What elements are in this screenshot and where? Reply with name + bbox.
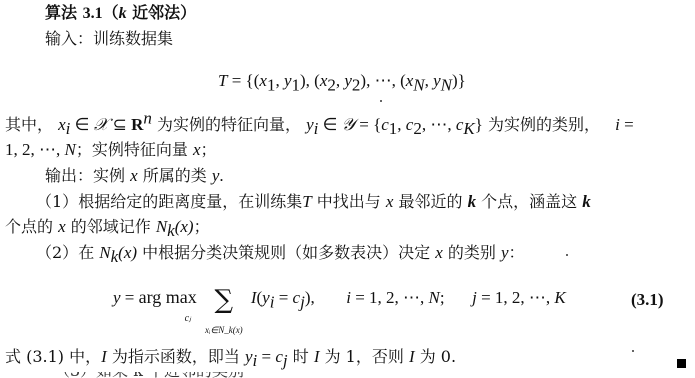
- scan-speck: [380, 100, 382, 102]
- var-k-sub: k: [167, 221, 175, 240]
- title-prefix: 算法: [45, 3, 83, 22]
- where-prefix: 其中，: [5, 115, 53, 134]
- var-x: x: [130, 166, 138, 185]
- output-label: 输出：实例: [45, 166, 130, 185]
- title-paren: （: [103, 3, 119, 22]
- punct: .: [219, 166, 223, 185]
- class-text: 为实例的类别，: [488, 115, 600, 134]
- var-x: x: [435, 243, 443, 262]
- algorithm-title: 算法 3.1（k 近邻法）: [45, 2, 196, 25]
- input-label: 输入：训练数据集: [45, 28, 173, 50]
- equation-number: (3.1): [631, 290, 664, 310]
- summation-symbol: ∑ xᵢ∈N_k(x): [215, 289, 234, 311]
- document-page: 算法 3.1（k 近邻法） 输入：训练数据集 T = {(x1, y1), (x…: [0, 0, 695, 378]
- indicator-explanation: 式 (3.1) 中，I 为指示函数，即当 yi = cj 时 I 为 1，否则 …: [5, 346, 456, 368]
- instance-feature-text: ；实例特征向量: [76, 140, 193, 159]
- explanation-text: 式 (3.1) 中，: [5, 347, 101, 366]
- var-y: y: [501, 243, 509, 262]
- var-k: k: [582, 192, 591, 211]
- explanation-text: 为指示函数，即当: [107, 347, 245, 366]
- where-line-2: 1, 2, ⋯, N；实例特征向量 x；: [5, 139, 217, 161]
- var-T: T: [302, 192, 311, 211]
- step-text: 中根据分类决策规则（如多数表决）决定: [137, 243, 435, 262]
- qed-square-icon: [677, 359, 686, 368]
- punct: ：: [509, 243, 525, 262]
- output-line: 输出：实例 x 所属的类 y.: [45, 165, 224, 187]
- sum-sub: xᵢ∈N_k(x): [197, 319, 252, 341]
- title-k: k: [119, 5, 127, 22]
- step-text: 个点的: [5, 217, 58, 236]
- scan-speck: [632, 350, 634, 352]
- step-text: 的邻域记作: [66, 217, 156, 236]
- where-line-1: 其中， xi ∈ 𝒳 ⊆ Rn 为实例的特征向量， yi ∈ 𝒴 = {c1, …: [5, 114, 634, 136]
- var-x: x: [58, 217, 66, 236]
- punct: ；: [194, 217, 210, 236]
- step-text: 根据给定的距离度量，在训练集: [78, 192, 302, 211]
- explanation-text: 为 1，否则: [319, 347, 408, 366]
- explanation-text: 为 0.: [415, 347, 456, 366]
- step-number: （1）: [36, 192, 78, 211]
- algorithm-number: 3.1: [83, 5, 103, 22]
- var-N: N: [99, 243, 110, 262]
- explanation-text: 时: [288, 347, 314, 366]
- operator-text: arg max: [139, 287, 197, 307]
- step-2: （2）在 Nk(x) 中根据分类决策规则（如多数表决）决定 x 的类别 y：: [36, 242, 525, 264]
- decision-rule-equation: y = arg max cⱼ ∑ xᵢ∈N_k(x) I(yi = cj), i…: [113, 286, 566, 326]
- step-text: 的类别: [443, 243, 501, 262]
- step-1-line-2: 个点的 x 的邻域记作 Nk(x)；: [5, 216, 210, 238]
- punct: ；: [200, 140, 216, 159]
- step-text: 最邻近的: [393, 192, 467, 211]
- cut-off-line: （3）如果 k 个近邻的类别: [30, 372, 330, 378]
- operator-sub: cⱼ: [179, 308, 197, 330]
- var-arg: (x): [175, 217, 194, 236]
- argmax-operator: arg max cⱼ: [139, 286, 197, 308]
- feature-vector-text: 为实例的特征向量，: [157, 115, 301, 134]
- step-text: 在: [78, 243, 99, 262]
- var-k: k: [468, 192, 477, 211]
- dataset-formula: T = {(x1, y1), (x2, y2), ⋯, (xN, yN)}: [218, 70, 466, 92]
- scan-speck: [566, 254, 568, 256]
- sum-glyph: ∑: [215, 285, 234, 315]
- step-text: 个点，涵盖这: [476, 192, 582, 211]
- step-number: （2）: [36, 243, 78, 262]
- var-arg: (x): [118, 243, 137, 262]
- step-1-line-1: （1）根据给定的距离度量，在训练集T 中找出与 x 最邻近的 k 个点，涵盖这 …: [36, 191, 591, 213]
- var-N: N: [156, 217, 167, 236]
- step-text: 中找出与: [312, 192, 386, 211]
- output-text: 所属的类: [138, 166, 212, 185]
- title-name: 近邻法）: [127, 3, 197, 22]
